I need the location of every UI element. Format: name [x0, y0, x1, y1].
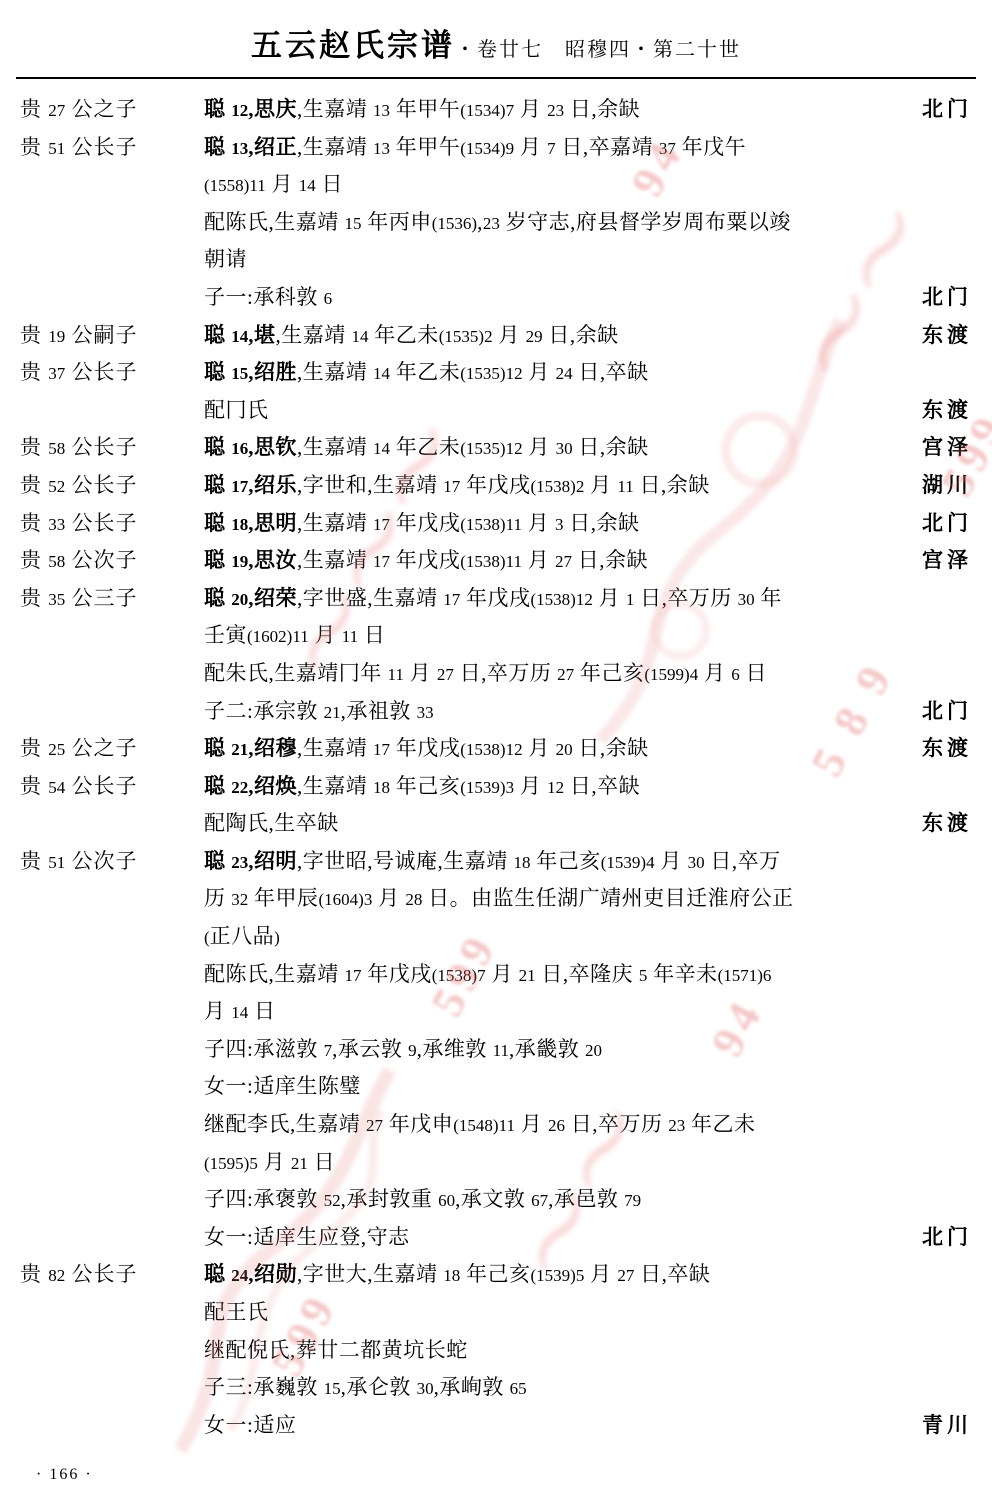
entry-body-text: 子三:承巍敦 15,承仑敦 30,承峋敦 65 [204, 1369, 527, 1407]
entry-body-text: 配冂氏 [204, 392, 269, 430]
branch-location: 青川 [922, 1407, 972, 1445]
father-label [0, 1181, 204, 1219]
entry-text: 继配倪氏,葬廿二都黄坑长蛇 [204, 1332, 992, 1370]
entry-body-text: 配王氏 [204, 1294, 269, 1332]
genealogy-line: 贵 58 公长子聪 16,思钦,生嘉靖 14 年乙未(1535)12 月 30 … [0, 429, 992, 467]
entry-body-text: 聪 17,绍乐,字世和,生嘉靖 17 年戊戌(1538)2 月 11 日,余缺 [204, 467, 710, 505]
page-number: · 166 · [36, 1466, 93, 1484]
entry-text: 女一:适庠生陈璧 [204, 1068, 992, 1106]
father-label: 贵 58 公次子 [0, 542, 204, 580]
father-label [0, 805, 204, 843]
entry-text: 聪 13,绍正,生嘉靖 13 年甲午(1534)9 月 7 日,卒嘉靖 37 年… [204, 129, 992, 167]
genealogy-line: 配冂氏东渡 [0, 392, 992, 430]
genealogy-line: 贵 25 公之子聪 21,绍穆,生嘉靖 17 年戊戌(1538)12 月 20 … [0, 730, 992, 768]
branch-location: 东渡 [922, 805, 972, 843]
entry-body-text: 聪 22,绍焕,生嘉靖 18 年己亥(1539)3 月 12 日,卒缺 [204, 768, 640, 806]
father-label [0, 655, 204, 693]
father-label [0, 1219, 204, 1257]
father-label: 贵 33 公长子 [0, 505, 204, 543]
entry-body-text: 子四:承褒敦 52,承封敦重 60,承文敦 67,承邑敦 79 [204, 1181, 641, 1219]
genealogy-line: 配陶氏,生卒缺东渡 [0, 805, 992, 843]
father-label [0, 956, 204, 994]
genealogy-line: 配陈氏,生嘉靖 15 年丙申(1536),23 岁守志,府县督学岁周布粟以竣 [0, 204, 992, 242]
father-label [0, 166, 204, 204]
genealogy-line: (1595)5 月 21 日 [0, 1144, 992, 1182]
genealogy-line: (1558)11 月 14 日 [0, 166, 992, 204]
genealogy-line: 子一:承科敦 6北门 [0, 279, 992, 317]
entry-body-text: 聪 12,思庆,生嘉靖 13 年甲午(1534)7 月 23 日,余缺 [204, 91, 640, 129]
entry-body-text: 月 14 日 [204, 993, 276, 1031]
father-label [0, 1144, 204, 1182]
genealogy-line: (正八品) [0, 918, 992, 956]
branch-location: 东渡 [922, 317, 972, 355]
entry-text: 女一:适应青川 [204, 1407, 992, 1445]
genealogy-list: 贵 27 公之子聪 12,思庆,生嘉靖 13 年甲午(1534)7 月 23 日… [0, 91, 992, 1444]
entry-text: 朝请 [204, 241, 992, 279]
father-label [0, 1407, 204, 1445]
genealogy-line: 贵 19 公嗣子聪 14,堪,生嘉靖 14 年乙未(1535)2 月 29 日,… [0, 317, 992, 355]
genealogy-line: 女一:适庠生陈璧 [0, 1068, 992, 1106]
entry-body-text: 聪 20,绍荣,字世盛,生嘉靖 17 年戊戌(1538)12 月 1 日,卒万历… [204, 580, 782, 618]
father-label [0, 1106, 204, 1144]
genealogy-line: 配陈氏,生嘉靖 17 年戊戌(1538)7 月 21 日,卒隆庆 5 年辛未(1… [0, 956, 992, 994]
genealogy-line: 贵 35 公三子聪 20,绍荣,字世盛,生嘉靖 17 年戊戌(1538)12 月… [0, 580, 992, 618]
entry-text: 配朱氏,生嘉靖冂年 11 月 27 日,卒万历 27 年己亥(1599)4 月 … [204, 655, 992, 693]
father-label: 贵 35 公三子 [0, 580, 204, 618]
entry-body-text: 壬寅(1602)11 月 11 日 [204, 617, 385, 655]
father-label [0, 693, 204, 731]
entry-body-text: 配陈氏,生嘉靖 15 年丙申(1536),23 岁守志,府县督学岁周布粟以竣 [204, 204, 791, 242]
entry-body-text: 朝请 [204, 241, 247, 279]
genealogy-line: 贵 27 公之子聪 12,思庆,生嘉靖 13 年甲午(1534)7 月 23 日… [0, 91, 992, 129]
genealogy-line: 配朱氏,生嘉靖冂年 11 月 27 日,卒万历 27 年己亥(1599)4 月 … [0, 655, 992, 693]
father-label [0, 1294, 204, 1332]
entry-text: 配王氏 [204, 1294, 992, 1332]
entry-body-text: 女一:适应 [204, 1407, 296, 1445]
genealogy-line: 女一:适应青川 [0, 1407, 992, 1445]
father-label [0, 617, 204, 655]
father-label [0, 204, 204, 242]
genealogy-line: 贵 37 公长子聪 15,绍胜,生嘉靖 14 年乙未(1535)12 月 24 … [0, 354, 992, 392]
genealogy-line: 子四:承滋敦 7,承云敦 9,承维敦 11,承畿敦 20 [0, 1031, 992, 1069]
genealogy-line: 贵 58 公次子聪 19,思汝,生嘉靖 17 年戊戌(1538)11 月 27 … [0, 542, 992, 580]
branch-location: 宫泽 [922, 429, 972, 467]
branch-location: 湖川 [922, 467, 972, 505]
father-label: 贵 37 公长子 [0, 354, 204, 392]
father-label: 贵 27 公之子 [0, 91, 204, 129]
father-label [0, 241, 204, 279]
entry-text: 配陈氏,生嘉靖 17 年戊戌(1538)7 月 21 日,卒隆庆 5 年辛未(1… [204, 956, 992, 994]
father-label: 贵 25 公之子 [0, 730, 204, 768]
genealogy-line: 壬寅(1602)11 月 11 日 [0, 617, 992, 655]
entry-body-text: 继配倪氏,葬廿二都黄坑长蛇 [204, 1332, 468, 1370]
entry-text: 子一:承科敦 6北门 [204, 279, 992, 317]
branch-location: 北门 [922, 1219, 972, 1257]
entry-body-text: 聪 14,堪,生嘉靖 14 年乙未(1535)2 月 29 日,余缺 [204, 317, 619, 355]
entry-text: 聪 14,堪,生嘉靖 14 年乙未(1535)2 月 29 日,余缺东渡 [204, 317, 992, 355]
entry-body-text: 子四:承滋敦 7,承云敦 9,承维敦 11,承畿敦 20 [204, 1031, 602, 1069]
entry-text: 聪 12,思庆,生嘉靖 13 年甲午(1534)7 月 23 日,余缺北门 [204, 91, 992, 129]
genealogy-line: 继配倪氏,葬廿二都黄坑长蛇 [0, 1332, 992, 1370]
father-label [0, 1031, 204, 1069]
entry-text: 聪 22,绍焕,生嘉靖 18 年己亥(1539)3 月 12 日,卒缺 [204, 768, 992, 806]
entry-body-text: 聪 16,思钦,生嘉靖 14 年乙未(1535)12 月 30 日,余缺 [204, 429, 649, 467]
entry-body-text: (1558)11 月 14 日 [204, 166, 343, 204]
entry-body-text: 继配李氏,生嘉靖 27 年戊申(1548)11 月 26 日,卒万历 23 年乙… [204, 1106, 755, 1144]
entry-text: 子四:承滋敦 7,承云敦 9,承维敦 11,承畿敦 20 [204, 1031, 992, 1069]
entry-body-text: 聪 15,绍胜,生嘉靖 14 年乙未(1535)12 月 24 日,卒缺 [204, 354, 649, 392]
genealogy-line: 贵 51 公长子聪 13,绍正,生嘉靖 13 年甲午(1534)9 月 7 日,… [0, 129, 992, 167]
header-separator: ・ [455, 39, 477, 61]
entry-text: 壬寅(1602)11 月 11 日 [204, 617, 992, 655]
entry-text: 聪 18,思明,生嘉靖 17 年戊戌(1538)11 月 3 日,余缺北门 [204, 505, 992, 543]
entry-text: 配陶氏,生卒缺东渡 [204, 805, 992, 843]
entry-text: 聪 15,绍胜,生嘉靖 14 年乙未(1535)12 月 24 日,卒缺 [204, 354, 992, 392]
entry-text: 月 14 日 [204, 993, 992, 1031]
entry-body-text: (正八品) [204, 918, 280, 956]
genealogy-line: 贵 52 公长子聪 17,绍乐,字世和,生嘉靖 17 年戊戌(1538)2 月 … [0, 467, 992, 505]
entry-text: 聪 23,绍明,字世昭,号诚庵,生嘉靖 18 年己亥(1539)4 月 30 日… [204, 843, 992, 881]
entry-body-text: 聪 19,思汝,生嘉靖 17 年戊戌(1538)11 月 27 日,余缺 [204, 542, 648, 580]
father-label: 贵 51 公次子 [0, 843, 204, 881]
entry-body-text: 聪 23,绍明,字世昭,号诚庵,生嘉靖 18 年己亥(1539)4 月 30 日… [204, 843, 781, 881]
entry-body-text: 配陈氏,生嘉靖 17 年戊戌(1538)7 月 21 日,卒隆庆 5 年辛未(1… [204, 956, 771, 994]
branch-location: 宫泽 [922, 542, 972, 580]
father-label: 贵 51 公长子 [0, 129, 204, 167]
genealogy-line: 配王氏 [0, 1294, 992, 1332]
entry-body-text: 配陶氏,生卒缺 [204, 805, 339, 843]
entry-text: 子三:承巍敦 15,承仑敦 30,承峋敦 65 [204, 1369, 992, 1407]
entry-text: 聪 21,绍穆,生嘉靖 17 年戊戌(1538)12 月 20 日,余缺东渡 [204, 730, 992, 768]
entry-text: 继配李氏,生嘉靖 27 年戊申(1548)11 月 26 日,卒万历 23 年乙… [204, 1106, 992, 1144]
father-label [0, 392, 204, 430]
father-label: 贵 52 公长子 [0, 467, 204, 505]
entry-text: 配冂氏东渡 [204, 392, 992, 430]
genealogy-line: 贵 82 公长子聪 24,绍勋,字世大,生嘉靖 18 年己亥(1539)5 月 … [0, 1256, 992, 1294]
father-label [0, 918, 204, 956]
entry-body-text: 配朱氏,生嘉靖冂年 11 月 27 日,卒万历 27 年己亥(1599)4 月 … [204, 655, 767, 693]
father-label: 贵 58 公长子 [0, 429, 204, 467]
genealogy-line: 继配李氏,生嘉靖 27 年戊申(1548)11 月 26 日,卒万历 23 年乙… [0, 1106, 992, 1144]
branch-location: 东渡 [922, 392, 972, 430]
entry-body-text: (1595)5 月 21 日 [204, 1144, 335, 1182]
genealogy-line: 子三:承巍敦 15,承仑敦 30,承峋敦 65 [0, 1369, 992, 1407]
entry-text: 聪 24,绍勋,字世大,生嘉靖 18 年己亥(1539)5 月 27 日,卒缺 [204, 1256, 992, 1294]
entry-body-text: 聪 24,绍勋,字世大,生嘉靖 18 年己亥(1539)5 月 27 日,卒缺 [204, 1256, 710, 1294]
entry-body-text: 子一:承科敦 6 [204, 279, 332, 317]
entry-text: 聪 20,绍荣,字世盛,生嘉靖 17 年戊戌(1538)12 月 1 日,卒万历… [204, 580, 992, 618]
father-label: 贵 19 公嗣子 [0, 317, 204, 355]
entry-body-text: 聪 18,思明,生嘉靖 17 年戊戌(1538)11 月 3 日,余缺 [204, 505, 639, 543]
book-title: 五云赵氏宗谱 [251, 28, 455, 63]
entry-body-text: 女一:适庠生应登,守志 [204, 1219, 410, 1257]
entry-text: 聪 17,绍乐,字世和,生嘉靖 17 年戊戌(1538)2 月 11 日,余缺湖… [204, 467, 992, 505]
father-label: 贵 82 公长子 [0, 1256, 204, 1294]
branch-location: 北门 [922, 505, 972, 543]
genealogy-line: 贵 54 公长子聪 22,绍焕,生嘉靖 18 年己亥(1539)3 月 12 日… [0, 768, 992, 806]
father-label [0, 993, 204, 1031]
entry-body-text: 历 32 年甲辰(1604)3 月 28 日。由监生任湖广靖州吏目迁淮府公正 [204, 880, 794, 918]
entry-text: 子四:承褒敦 52,承封敦重 60,承文敦 67,承邑敦 79 [204, 1181, 992, 1219]
branch-location: 北门 [922, 693, 972, 731]
page-header: 五云赵氏宗谱・卷廿七 昭穆四・第二十世 [0, 0, 992, 65]
father-label [0, 1369, 204, 1407]
entry-text: 女一:适庠生应登,守志北门 [204, 1219, 992, 1257]
genealogy-line: 朝请 [0, 241, 992, 279]
father-label [0, 1068, 204, 1106]
genealogy-page: 〜〜〜 〜〜 〜〜 599 5 8 9 94 599 599 94 五云赵氏宗谱… [0, 0, 992, 1512]
entry-text: (1595)5 月 21 日 [204, 1144, 992, 1182]
genealogy-line: 子二:承宗敦 21,承祖敦 33北门 [0, 693, 992, 731]
branch-location: 北门 [922, 279, 972, 317]
genealogy-line: 女一:适庠生应登,守志北门 [0, 1219, 992, 1257]
entry-text: 配陈氏,生嘉靖 15 年丙申(1536),23 岁守志,府县督学岁周布粟以竣 [204, 204, 992, 242]
entry-text: (正八品) [204, 918, 992, 956]
genealogy-line: 历 32 年甲辰(1604)3 月 28 日。由监生任湖广靖州吏目迁淮府公正 [0, 880, 992, 918]
genealogy-line: 贵 51 公次子聪 23,绍明,字世昭,号诚庵,生嘉靖 18 年己亥(1539)… [0, 843, 992, 881]
entry-body-text: 聪 13,绍正,生嘉靖 13 年甲午(1534)9 月 7 日,卒嘉靖 37 年… [204, 129, 746, 167]
genealogy-line: 月 14 日 [0, 993, 992, 1031]
header-divider [16, 77, 976, 79]
branch-location: 东渡 [922, 730, 972, 768]
entry-body-text: 聪 21,绍穆,生嘉靖 17 年戊戌(1538)12 月 20 日,余缺 [204, 730, 649, 768]
father-label [0, 1332, 204, 1370]
father-label [0, 880, 204, 918]
entry-text: (1558)11 月 14 日 [204, 166, 992, 204]
entry-text: 子二:承宗敦 21,承祖敦 33北门 [204, 693, 992, 731]
father-label: 贵 54 公长子 [0, 768, 204, 806]
volume-subtitle: 卷廿七 昭穆四・第二十世 [477, 39, 741, 61]
genealogy-line: 贵 33 公长子聪 18,思明,生嘉靖 17 年戊戌(1538)11 月 3 日… [0, 505, 992, 543]
entry-text: 历 32 年甲辰(1604)3 月 28 日。由监生任湖广靖州吏目迁淮府公正 [204, 880, 992, 918]
entry-text: 聪 16,思钦,生嘉靖 14 年乙未(1535)12 月 30 日,余缺宫泽 [204, 429, 992, 467]
father-label [0, 279, 204, 317]
branch-location: 北门 [922, 91, 972, 129]
entry-text: 聪 19,思汝,生嘉靖 17 年戊戌(1538)11 月 27 日,余缺宫泽 [204, 542, 992, 580]
entry-body-text: 子二:承宗敦 21,承祖敦 33 [204, 693, 434, 731]
entry-body-text: 女一:适庠生陈璧 [204, 1068, 361, 1106]
genealogy-line: 子四:承褒敦 52,承封敦重 60,承文敦 67,承邑敦 79 [0, 1181, 992, 1219]
